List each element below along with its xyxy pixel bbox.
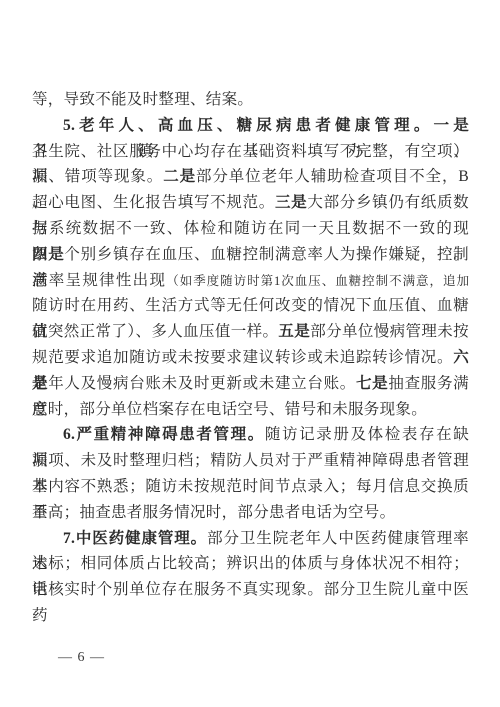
- text-line: 5.老年人、高血压、糖尿病患者健康管理。一是各镇（办）: [32, 113, 469, 139]
- bold-text-segment: 二是: [163, 168, 196, 185]
- text-segment: 项、错项等现象。: [32, 168, 163, 185]
- bold-text-segment: 四是: [32, 246, 64, 263]
- text-line: 项、错项等现象。二是部分单位老年人辅助检查项目不全，B超: [32, 164, 469, 190]
- bold-text-segment: 三是: [275, 194, 307, 211]
- text-segment: 不高；抽查患者服务情况时，部分患者电话为空号。: [32, 504, 395, 521]
- document-text-block: 等，导致不能及时整理、结案。5.老年人、高血压、糖尿病患者健康管理。一是各镇（办…: [32, 87, 469, 603]
- text-line: 漏项、未及时整理归档；精防人员对于严重精神障碍患者管理基: [32, 448, 469, 474]
- text-line: 、心电图、生化报告填写不规范。三是大部分乡镇仍有纸质数据: [32, 190, 469, 216]
- text-segment: （如季度随访时第1次血压、血糖控制不满意，追加: [166, 274, 469, 288]
- text-segment: 意率呈规律性出现: [32, 272, 166, 289]
- page-number: — 6 —: [58, 650, 105, 666]
- text-line: 6.严重精神障碍患者管理。随访记录册及体检表存在缺项、: [32, 422, 469, 448]
- text-line: 与系统数据不一致、体检和随访在同一天且数据不一致的现象。: [32, 216, 469, 242]
- text-segment: 老年人及慢病台账未及时更新或未建立台账。: [32, 375, 356, 392]
- bold-text-segment: 五是: [278, 323, 310, 340]
- bold-text-segment: 6.严重精神障碍患者管理。: [63, 426, 265, 443]
- text-line: 意率呈规律性出现（如季度随访时第1次血压、血糖控制不满意，追加: [32, 268, 469, 294]
- text-line: 规范要求追加随访或未按要求建议转诊或未追踪转诊情况。六是: [32, 345, 469, 371]
- text-line: 达标；相同体质占比较高；辨识出的体质与身体状况不相符；电: [32, 551, 469, 577]
- bold-text-segment: 5.老年人、高血压、糖尿病患者健康管理。一是: [63, 117, 469, 134]
- text-segment: 就突然正常了）、多人血压值一样。: [32, 323, 278, 340]
- bold-text-segment: 7.中医药健康管理。: [63, 530, 207, 547]
- text-line: 等，导致不能及时整理、结案。: [32, 87, 469, 113]
- text-segment: 话核实时个别单位存在服务不真实现象。部分卫生院儿童中医药: [32, 581, 469, 624]
- text-segment: 度时，部分单位档案存在电话空号、错号和未服务现象。: [32, 401, 427, 418]
- bold-text-segment: 七是: [356, 375, 388, 392]
- text-line: 7.中医药健康管理。部分卫生院老年人中医药健康管理率未: [32, 526, 469, 552]
- text-line: 卫生院、社区服务中心均存在基础资料填写不完整，有空项、漏: [32, 139, 469, 165]
- text-segment: 规范要求追加随访或未按要求建议转诊或未追踪转诊情况。: [32, 349, 453, 366]
- text-line: 就突然正常了）、多人血压值一样。五是部分单位慢病管理未按: [32, 319, 469, 345]
- text-line: 度时，部分单位档案存在电话空号、错号和未服务现象。: [32, 397, 469, 423]
- text-line: 不高；抽查患者服务情况时，部分患者电话为空号。: [32, 500, 469, 526]
- text-line: 话核实时个别单位存在服务不真实现象。部分卫生院儿童中医药: [32, 577, 469, 603]
- text-segment: 部分单位慢病管理未按: [310, 323, 469, 340]
- document-page: 等，导致不能及时整理、结案。5.老年人、高血压、糖尿病患者健康管理。一是各镇（办…: [0, 0, 500, 707]
- text-line: 老年人及慢病台账未及时更新或未建立台账。七是抽查服务满意: [32, 371, 469, 397]
- text-segment: 、心电图、生化报告填写不规范。: [32, 194, 275, 211]
- text-line: 随访时在用药、生活方式等无任何改变的情况下血压值、血糖值: [32, 293, 469, 319]
- text-segment: 等，导致不能及时整理、结案。: [32, 91, 253, 108]
- text-line: 本内容不熟悉；随访未按规范时间节点录入；每月信息交换质量: [32, 474, 469, 500]
- text-line: 四是个别乡镇存在血压、血糖控制满意率人为操作嫌疑，控制满: [32, 242, 469, 268]
